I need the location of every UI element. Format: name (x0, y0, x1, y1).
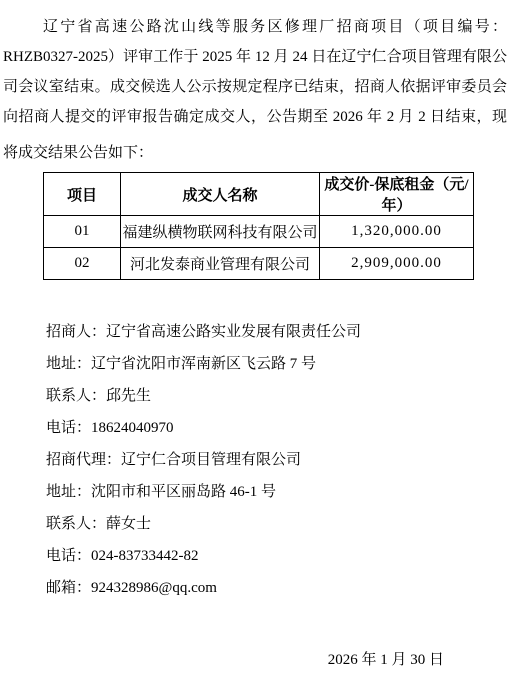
paragraph-line-1: 辽宁省高速公路沈山线等服务区修理厂招商项目（项目编号： (3, 12, 507, 42)
contact-agency-person: 联系人：薛女士 (46, 508, 507, 540)
table-header-row: 项目 成交人名称 成交价-保底租金（元/年） (44, 173, 474, 216)
contact-agency: 招商代理：辽宁仁合项目管理有限公司 (46, 444, 507, 476)
paragraph-line-2: RHZB0327-2025）评审工作于 2025 年 12 月 24 日在辽宁仁… (3, 42, 507, 72)
cell-item-no: 02 (44, 248, 121, 280)
contact-organizer-address: 地址：辽宁省沈阳市浑南新区飞云路 7 号 (46, 348, 507, 380)
contact-info-block: 招商人：辽宁省高速公路实业发展有限责任公司 地址：辽宁省沈阳市浑南新区飞云路 7… (46, 316, 507, 604)
announcement-document: 辽宁省高速公路沈山线等服务区修理厂招商项目（项目编号： RHZB0327-202… (0, 0, 524, 674)
paragraph-line-4: 向招商人提交的评审报告确定成交人，公告期至 2026 年 2 月 2 日结束，现 (3, 102, 507, 132)
contact-agency-address: 地址：沈阳市和平区丽岛路 46-1 号 (46, 476, 507, 508)
table-row: 02 河北发泰商业管理有限公司 2,909,000.00 (44, 248, 474, 280)
paragraph-line-3: 司会议室结束。成交候选人公示按规定程序已结束，招商人依据评审委员会 (3, 72, 507, 102)
cell-price: 1,320,000.00 (320, 216, 474, 248)
column-header-item-no: 项目 (44, 173, 121, 216)
cell-winner-name: 河北发泰商业管理有限公司 (121, 248, 320, 280)
cell-winner-name: 福建纵横物联网科技有限公司 (121, 216, 320, 248)
contact-organizer: 招商人：辽宁省高速公路实业发展有限责任公司 (46, 316, 507, 348)
column-header-winner-name: 成交人名称 (121, 173, 320, 216)
paragraph-line-5: 将成交结果公告如下： (3, 138, 507, 168)
contact-agency-email: 邮箱：924328986@qq.com (46, 572, 507, 604)
contact-organizer-phone: 电话：18624040970 (46, 412, 507, 444)
column-header-price: 成交价-保底租金（元/年） (320, 173, 474, 216)
contact-organizer-person: 联系人：邱先生 (46, 380, 507, 412)
contact-agency-phone: 电话：024-83733442-82 (46, 540, 507, 572)
announcement-paragraph: 辽宁省高速公路沈山线等服务区修理厂招商项目（项目编号： RHZB0327-202… (3, 12, 507, 168)
table-row: 01 福建纵横物联网科技有限公司 1,320,000.00 (44, 216, 474, 248)
cell-item-no: 01 (44, 216, 121, 248)
cell-price: 2,909,000.00 (320, 248, 474, 280)
award-result-table: 项目 成交人名称 成交价-保底租金（元/年） 01 福建纵横物联网科技有限公司 … (43, 172, 474, 280)
announcement-date: 2026 年 1 月 30 日 (0, 648, 524, 669)
